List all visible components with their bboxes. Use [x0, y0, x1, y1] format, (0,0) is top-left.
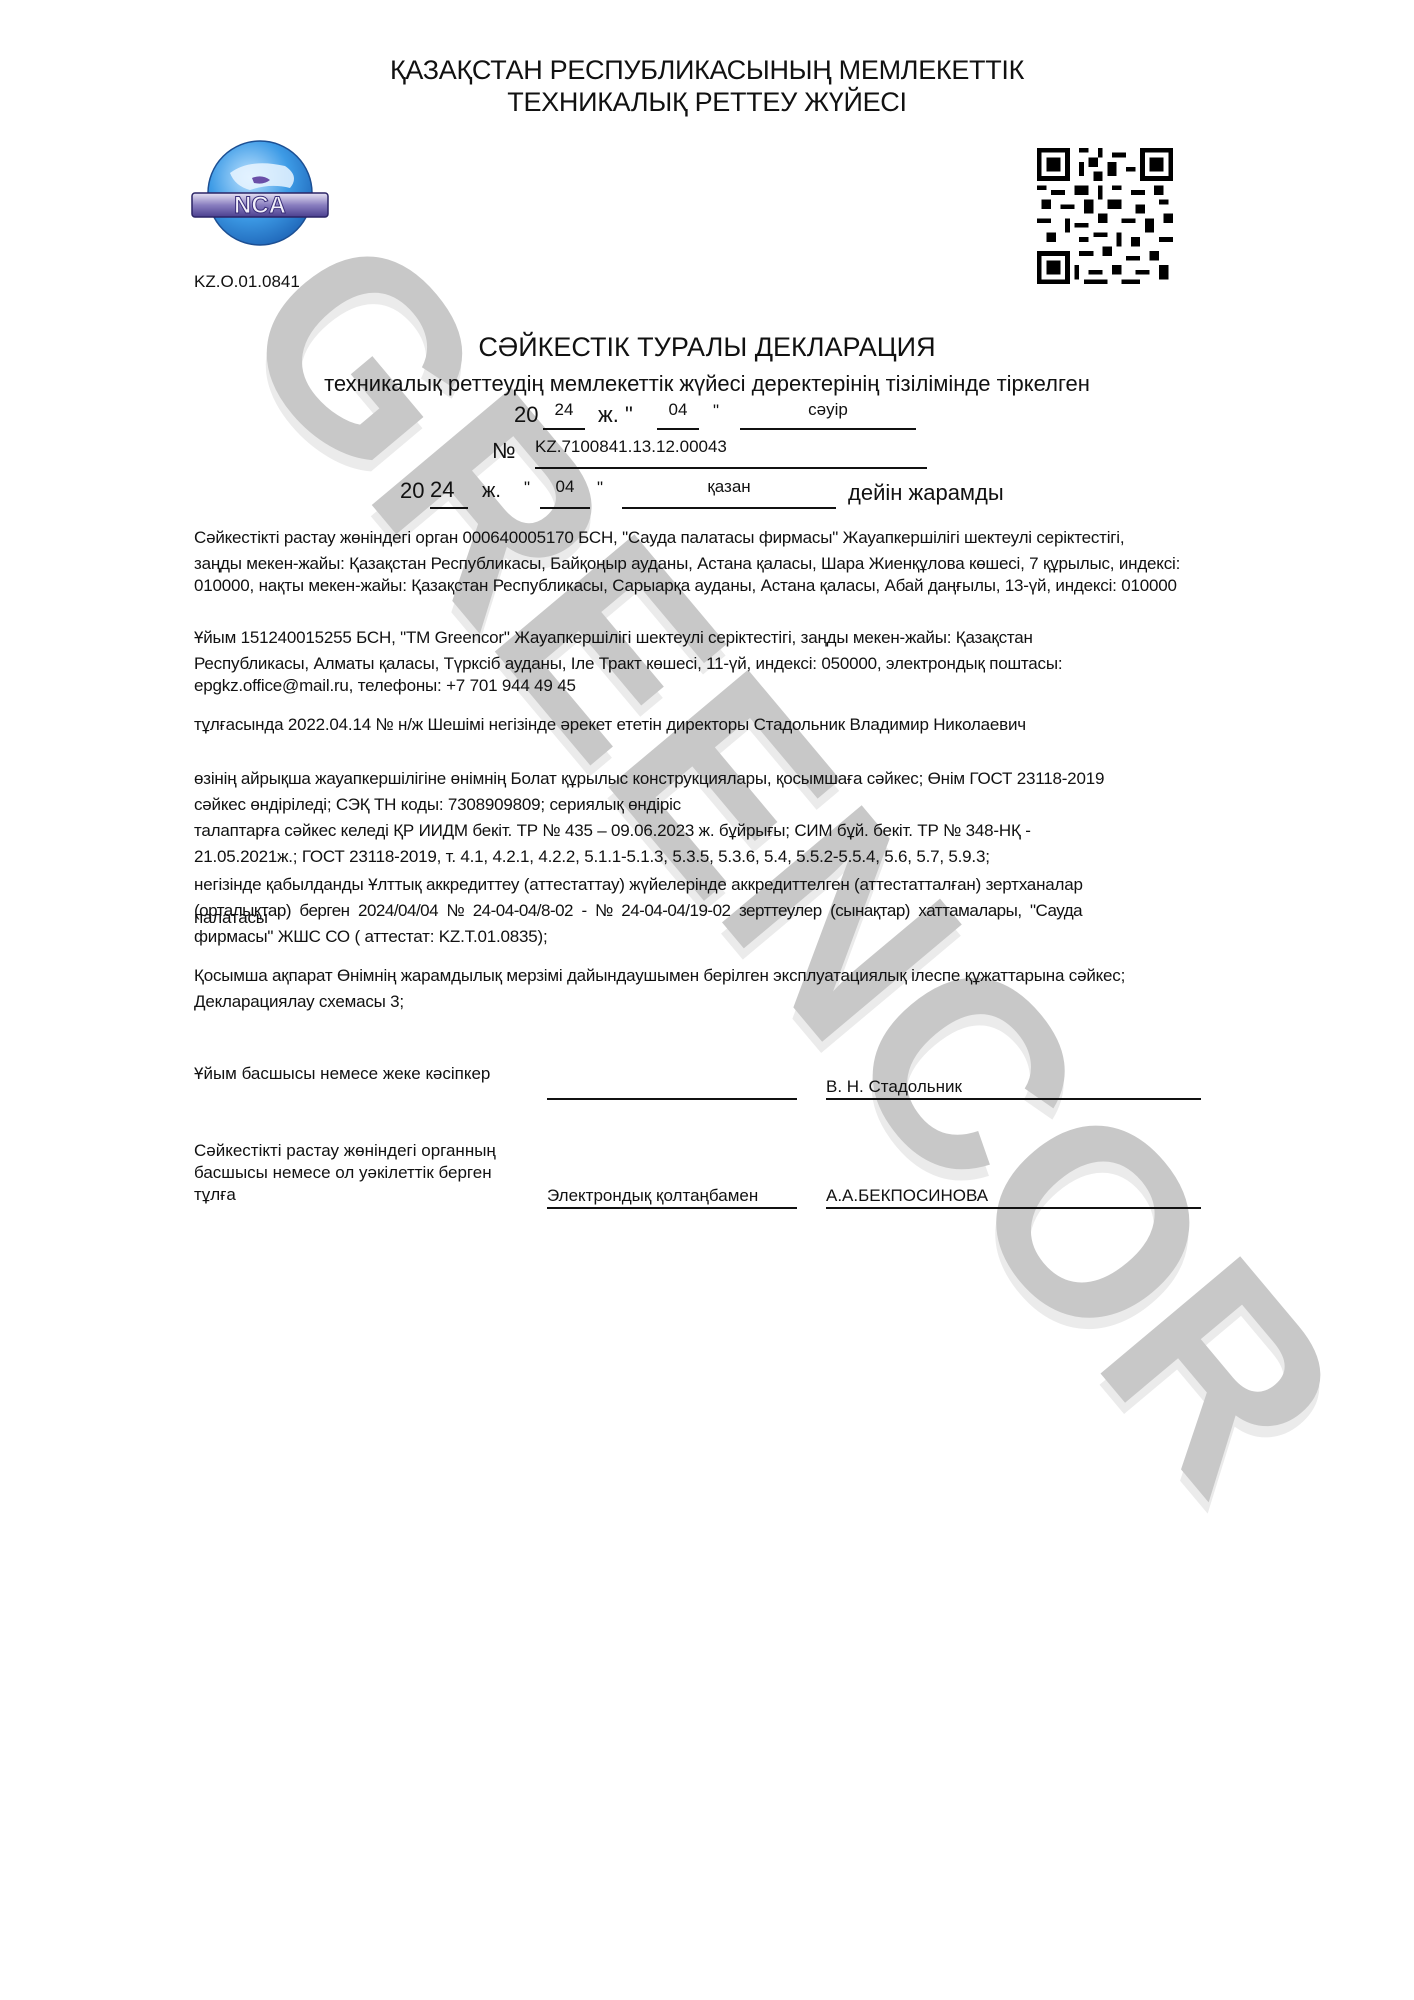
- document-subtitle: техникалық реттеудің мемлекеттік жүйесі …: [0, 371, 1414, 397]
- signer2-label: Сәйкестікті растау жөніндегі органның ба…: [194, 1140, 514, 1206]
- reg-year: 24: [543, 400, 585, 430]
- certification-body-line1: Сәйкестікті растау жөніндегі орган 00064…: [194, 527, 1234, 549]
- reg-year-prefix: 20: [514, 402, 538, 428]
- reg-quote: ": [713, 401, 719, 421]
- reg-year-suffix: ж. ": [598, 402, 633, 428]
- svg-text:NCA: NCA: [234, 192, 286, 219]
- additional-info-line1: Қосымша ақпарат Өнімнің жарамдылық мерзі…: [194, 965, 1234, 987]
- signer2-signature: Электрондық қолтаңбамен: [547, 1185, 797, 1209]
- document-title: СӘЙКЕСТІК ТУРАЛЫ ДЕКЛАРАЦИЯ: [0, 332, 1414, 363]
- valid-quote-open: ": [524, 478, 530, 498]
- valid-month: қазан: [622, 477, 836, 509]
- requirements-line1: талаптарға сәйкес келеді ҚР ИИДМ бекіт. …: [194, 820, 1234, 842]
- basis-line3: фирмасы" ЖШС СО ( аттестат: KZ.T.01.0835…: [194, 926, 1234, 948]
- number-label: №: [492, 438, 516, 464]
- signer2-name: А.А.БЕКПОСИНОВА: [826, 1185, 1201, 1209]
- reg-month: сәуір: [740, 400, 916, 430]
- header-line-1: ҚАЗАҚСТАН РЕСПУБЛИКАСЫНЫҢ МЕМЛЕКЕТТІК: [0, 54, 1414, 86]
- nca-globe-logo-icon: NCA: [190, 138, 330, 248]
- product-line2: сәйкес өндіріледі; СЭҚ ТН коды: 73089098…: [194, 794, 1234, 816]
- organization-address: Республикасы, Алматы қаласы, Түрксіб ауд…: [194, 653, 1154, 697]
- declaration-number: KZ.7100841.13.12.00043: [535, 437, 927, 469]
- reg-day: 04: [657, 400, 699, 430]
- valid-year-prefix: 20: [400, 478, 424, 504]
- representative: тұлғасында 2022.04.14 № н/ж Шешімі негіз…: [194, 714, 1234, 736]
- certification-body-address: заңды мекен-жайы: Қазақстан Республикасы…: [194, 553, 1224, 597]
- valid-quote-close: ": [597, 478, 603, 498]
- valid-year-suffix: ж.: [482, 480, 501, 503]
- valid-year: 24: [430, 477, 468, 509]
- signer1-label: Ұйым басшысы немесе жеке кәсіпкер: [194, 1063, 524, 1085]
- valid-suffix: дейін жарамды: [848, 480, 1004, 506]
- valid-day: 04: [540, 477, 590, 509]
- basis-line1: негізінде қабылданды Ұлттық аккредиттеу …: [194, 874, 1234, 896]
- product-line1: өзінің айрықша жауапкершілігіне өнімнің …: [194, 768, 1234, 790]
- organization-line1: Ұйым 151240015255 БСН, "ТМ Greencor" Жау…: [194, 627, 1234, 649]
- header-line-2: ТЕХНИКАЛЫҚ РЕТТЕУ ЖҮЙЕСІ: [0, 86, 1414, 118]
- signer1-signature-line: [547, 1076, 797, 1100]
- qr-code-icon: [1037, 148, 1173, 284]
- authority-code: KZ.O.01.0841: [194, 272, 300, 292]
- requirements-line2: 21.05.2021ж.; ГОСТ 23118-2019, т. 4.1, 4…: [194, 846, 1234, 868]
- signer1-name: В. Н. Стадольник: [826, 1076, 1201, 1100]
- declaration-scheme: Декларациялау схемасы 3;: [194, 991, 1234, 1013]
